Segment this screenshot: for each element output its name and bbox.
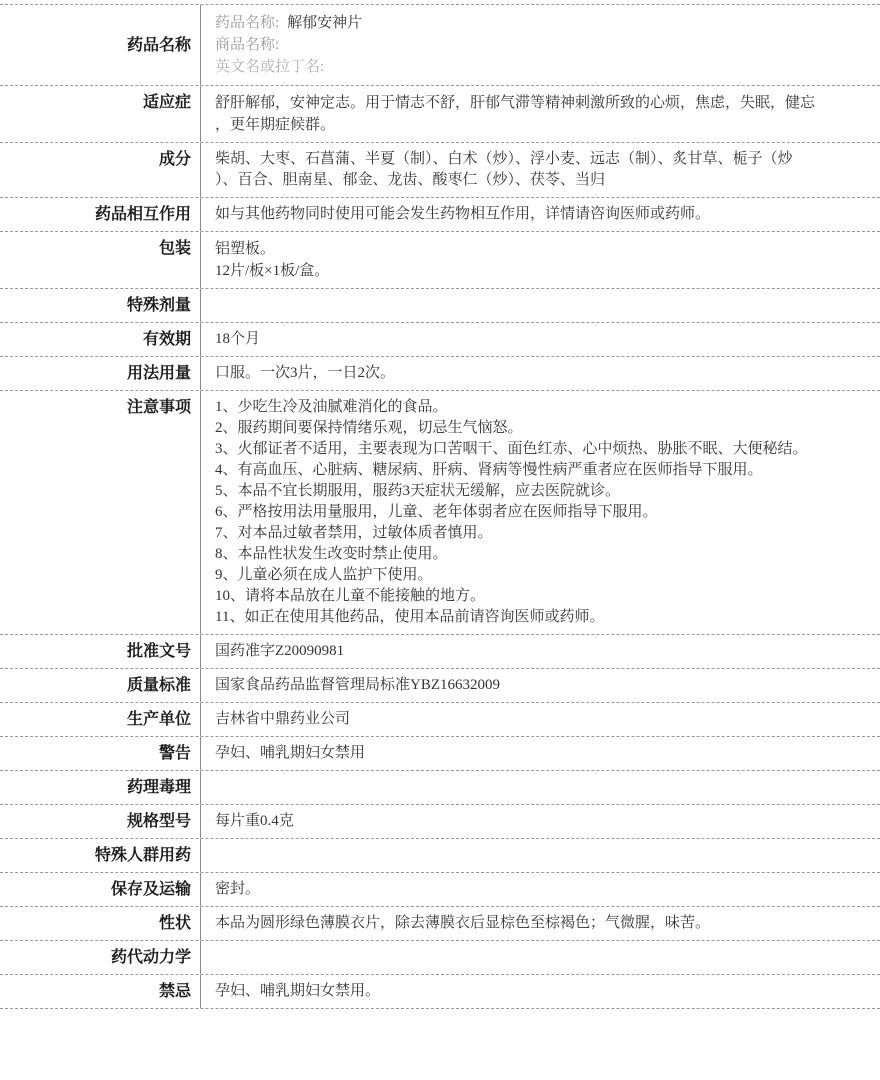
drug-info-table: 药品名称 药品名称:解郁安神片 商品名称: 英文名或拉丁名: 适应症 舒肝解郁，… xyxy=(0,4,880,1009)
row-special-dosage-label: 特殊剂量 xyxy=(0,289,201,322)
row-quality-standard-label: 质量标准 xyxy=(0,669,201,702)
row-properties-label: 性状 xyxy=(0,907,201,940)
row-storage-transport-content: 密封。 xyxy=(201,873,880,906)
row-approval-number: 批准文号 国药准字Z20090981 xyxy=(0,635,880,669)
row-pharmacology-toxicology-content xyxy=(201,771,880,804)
latin-name-line: 英文名或拉丁名: xyxy=(215,56,860,78)
row-packaging: 包装 铝塑板。 12片/板×1板/盒。 xyxy=(0,232,880,289)
row-properties-content: 本品为圆形绿色薄膜衣片，除去薄膜衣后显棕色至棕褐色；气微腥，味苦。 xyxy=(201,907,880,940)
row-contraindications-content: 孕妇、哺乳期妇女禁用。 xyxy=(201,975,880,1008)
row-pharmacokinetics: 药代动力学 xyxy=(0,941,880,975)
row-indications-label: 适应症 xyxy=(0,86,201,142)
row-indications: 适应症 舒肝解郁，安神定志。用于情志不舒，肝郁气滞等精神刺激所致的心烦，焦虑，失… xyxy=(0,86,880,143)
row-specification-label: 规格型号 xyxy=(0,805,201,838)
row-dosage-usage: 用法用量 口服。一次3片，一日2次。 xyxy=(0,357,880,391)
drug-name-sublabel: 药品名称: xyxy=(215,15,279,31)
row-manufacturer-label: 生产单位 xyxy=(0,703,201,736)
row-warning: 警告 孕妇、哺乳期妇女禁用 xyxy=(0,737,880,771)
row-special-populations-label: 特殊人群用药 xyxy=(0,839,201,872)
row-precautions-label: 注意事项 xyxy=(0,391,201,634)
row-drug-interactions: 药品相互作用 如与其他药物同时使用可能会发生药物相互作用，详情请咨询医师或药师。 xyxy=(0,198,880,232)
row-shelf-life-content: 18个月 xyxy=(201,323,880,356)
row-ingredients: 成分 柴胡、大枣、石菖蒲、半夏（制）、白术（炒）、浮小麦、远志（制）、炙甘草、栀… xyxy=(0,143,880,198)
row-drug-name-content: 药品名称:解郁安神片 商品名称: 英文名或拉丁名: xyxy=(201,5,880,85)
row-pharmacology-toxicology-label: 药理毒理 xyxy=(0,771,201,804)
row-special-dosage: 特殊剂量 xyxy=(0,289,880,323)
row-approval-number-content: 国药准字Z20090981 xyxy=(201,635,880,668)
row-specification-content: 每片重0.4克 xyxy=(201,805,880,838)
row-drug-interactions-label: 药品相互作用 xyxy=(0,198,201,231)
row-contraindications-label: 禁忌 xyxy=(0,975,201,1008)
drug-name-line: 药品名称:解郁安神片 xyxy=(215,12,860,34)
row-storage-transport: 保存及运输 密封。 xyxy=(0,873,880,907)
row-special-dosage-content xyxy=(201,289,880,322)
row-precautions: 注意事项 1、少吃生冷及油腻难消化的食品。 2、服药期间要保持情绪乐观，切忌生气… xyxy=(0,391,880,635)
row-specification: 规格型号 每片重0.4克 xyxy=(0,805,880,839)
row-manufacturer-content: 吉林省中鼎药业公司 xyxy=(201,703,880,736)
row-pharmacokinetics-content xyxy=(201,941,880,974)
row-packaging-label: 包装 xyxy=(0,232,201,288)
row-properties: 性状 本品为圆形绿色薄膜衣片，除去薄膜衣后显棕色至棕褐色；气微腥，味苦。 xyxy=(0,907,880,941)
row-pharmacokinetics-label: 药代动力学 xyxy=(0,941,201,974)
trade-name-line: 商品名称: xyxy=(215,34,860,56)
row-warning-label: 警告 xyxy=(0,737,201,770)
row-drug-name-label: 药品名称 xyxy=(0,5,201,85)
row-dosage-usage-label: 用法用量 xyxy=(0,357,201,390)
row-quality-standard-content: 国家食品药品监督管理局标准YBZ16632009 xyxy=(201,669,880,702)
row-drug-interactions-content: 如与其他药物同时使用可能会发生药物相互作用，详情请咨询医师或药师。 xyxy=(201,198,880,231)
row-special-populations: 特殊人群用药 xyxy=(0,839,880,873)
row-ingredients-label: 成分 xyxy=(0,143,201,197)
row-shelf-life: 有效期 18个月 xyxy=(0,323,880,357)
row-packaging-content: 铝塑板。 12片/板×1板/盒。 xyxy=(201,232,880,288)
row-quality-standard: 质量标准 国家食品药品监督管理局标准YBZ16632009 xyxy=(0,669,880,703)
trade-name-sublabel: 商品名称: xyxy=(215,37,279,53)
row-shelf-life-label: 有效期 xyxy=(0,323,201,356)
row-approval-number-label: 批准文号 xyxy=(0,635,201,668)
row-dosage-usage-content: 口服。一次3片，一日2次。 xyxy=(201,357,880,390)
row-contraindications: 禁忌 孕妇、哺乳期妇女禁用。 xyxy=(0,975,880,1009)
drug-name-value: 解郁安神片 xyxy=(287,15,362,31)
row-storage-transport-label: 保存及运输 xyxy=(0,873,201,906)
row-special-populations-content xyxy=(201,839,880,872)
row-indications-content: 舒肝解郁，安神定志。用于情志不舒，肝郁气滞等精神刺激所致的心烦，焦虑，失眠，健忘… xyxy=(201,86,880,142)
row-precautions-content: 1、少吃生冷及油腻难消化的食品。 2、服药期间要保持情绪乐观，切忌生气恼怒。 3… xyxy=(201,391,880,634)
row-manufacturer: 生产单位 吉林省中鼎药业公司 xyxy=(0,703,880,737)
row-drug-name: 药品名称 药品名称:解郁安神片 商品名称: 英文名或拉丁名: xyxy=(0,5,880,86)
latin-name-sublabel: 英文名或拉丁名: xyxy=(215,59,324,75)
row-pharmacology-toxicology: 药理毒理 xyxy=(0,771,880,805)
row-ingredients-content: 柴胡、大枣、石菖蒲、半夏（制）、白术（炒）、浮小麦、远志（制）、炙甘草、栀子（炒… xyxy=(201,143,880,197)
row-warning-content: 孕妇、哺乳期妇女禁用 xyxy=(201,737,880,770)
